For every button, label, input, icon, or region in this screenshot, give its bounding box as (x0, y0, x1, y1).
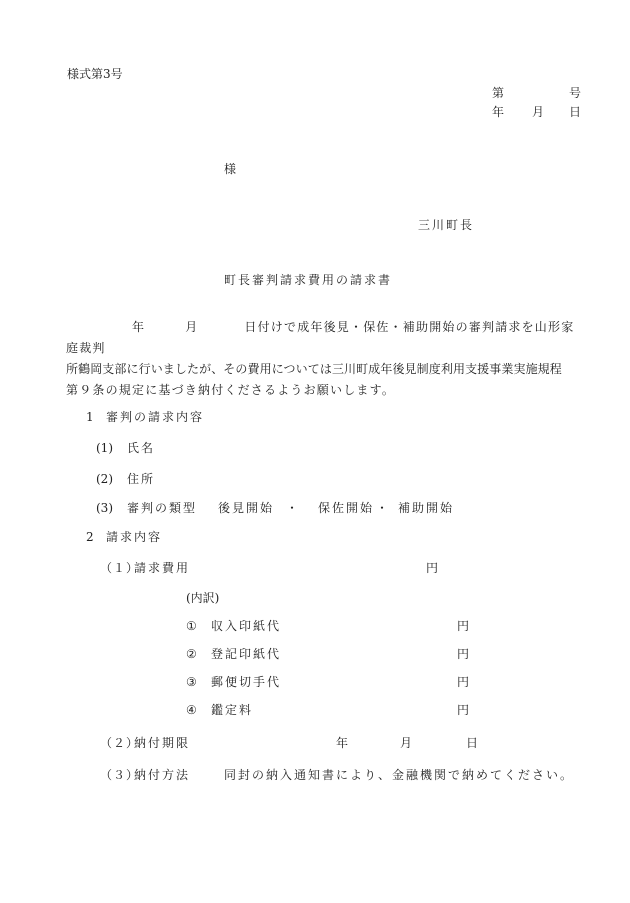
body-text-line2: 所鶴岡支部に行いましたが、その費用については三川町成年後見制度利用支援事業実施規… (66, 362, 562, 376)
section1-number: 1 (86, 410, 94, 424)
type-guardianship: 後見開始 (218, 501, 274, 515)
breakdown-mark-2: ② (186, 647, 197, 661)
section2-heading: 請求内容 (106, 530, 162, 544)
body-date-year: 年 (132, 320, 145, 334)
fee-unit: 円 (426, 561, 438, 575)
section1-item1-label: 氏名 (127, 441, 155, 455)
breakdown-label-1: 収入印紙代 (211, 619, 281, 633)
doc-date-month: 月 (532, 105, 544, 119)
breakdown-unit-2: 円 (457, 647, 469, 661)
deadline-label: 納付期限 (134, 736, 190, 750)
deadline-month: 月 (400, 736, 412, 750)
type-separator-2: ・ (376, 501, 388, 515)
breakdown-unit-4: 円 (457, 703, 469, 717)
breakdown-mark-1: ① (186, 619, 197, 633)
type-assistance: 補助開始 (398, 501, 454, 515)
deadline-year: 年 (336, 736, 348, 750)
section1-item3-label: 審判の類型 (127, 501, 197, 515)
breakdown-mark-4: ④ (186, 703, 197, 717)
type-curatorship: 保佐開始 (318, 501, 374, 515)
breakdown-unit-1: 円 (457, 619, 469, 633)
body-paragraph: 年月日付けで成年後見・保佐・補助開始の審判請求を山形家庭裁判 所鶴岡支部に行いま… (66, 317, 586, 401)
section1-item1-number: (1) (96, 441, 113, 455)
method-text: 同封の納入通知書により、金融機関で納めてください。 (224, 768, 574, 782)
document-title: 町長審判請求費用の請求書 (224, 273, 392, 287)
breakdown-label-2: 登記印紙代 (211, 647, 281, 661)
doc-number-suffix: 号 (569, 86, 581, 100)
doc-number-prefix: 第 (492, 86, 504, 100)
section2-number: 2 (86, 530, 94, 544)
breakdown-unit-3: 円 (457, 675, 469, 689)
breakdown-label-3: 郵便切手代 (211, 675, 281, 689)
body-text-line3: 第９条の規定に基づき納付くださるようお願いします。 (66, 383, 395, 397)
fee-label: 請求費用 (134, 561, 190, 575)
breakdown-label: (内訳) (186, 591, 219, 605)
section1-item3-number: (3) (96, 501, 113, 515)
section1-heading: 審判の請求内容 (106, 410, 204, 424)
type-separator-1: ・ (286, 501, 298, 515)
breakdown-label-4: 鑑定料 (211, 703, 253, 717)
addressee-suffix: 様 (224, 162, 236, 176)
sender: 三川町長 (418, 218, 474, 232)
body-date-month: 月 (185, 320, 198, 334)
breakdown-mark-3: ③ (186, 675, 197, 689)
doc-date-year: 年 (492, 105, 504, 119)
doc-date-day: 日 (569, 105, 581, 119)
form-number: 様式第3号 (67, 67, 123, 81)
deadline-day: 日 (466, 736, 478, 750)
method-label: 納付方法 (134, 768, 190, 782)
section1-item2-label: 住所 (127, 472, 155, 486)
body-date-day: 日 (244, 320, 257, 334)
section1-item2-number: (2) (96, 472, 113, 486)
